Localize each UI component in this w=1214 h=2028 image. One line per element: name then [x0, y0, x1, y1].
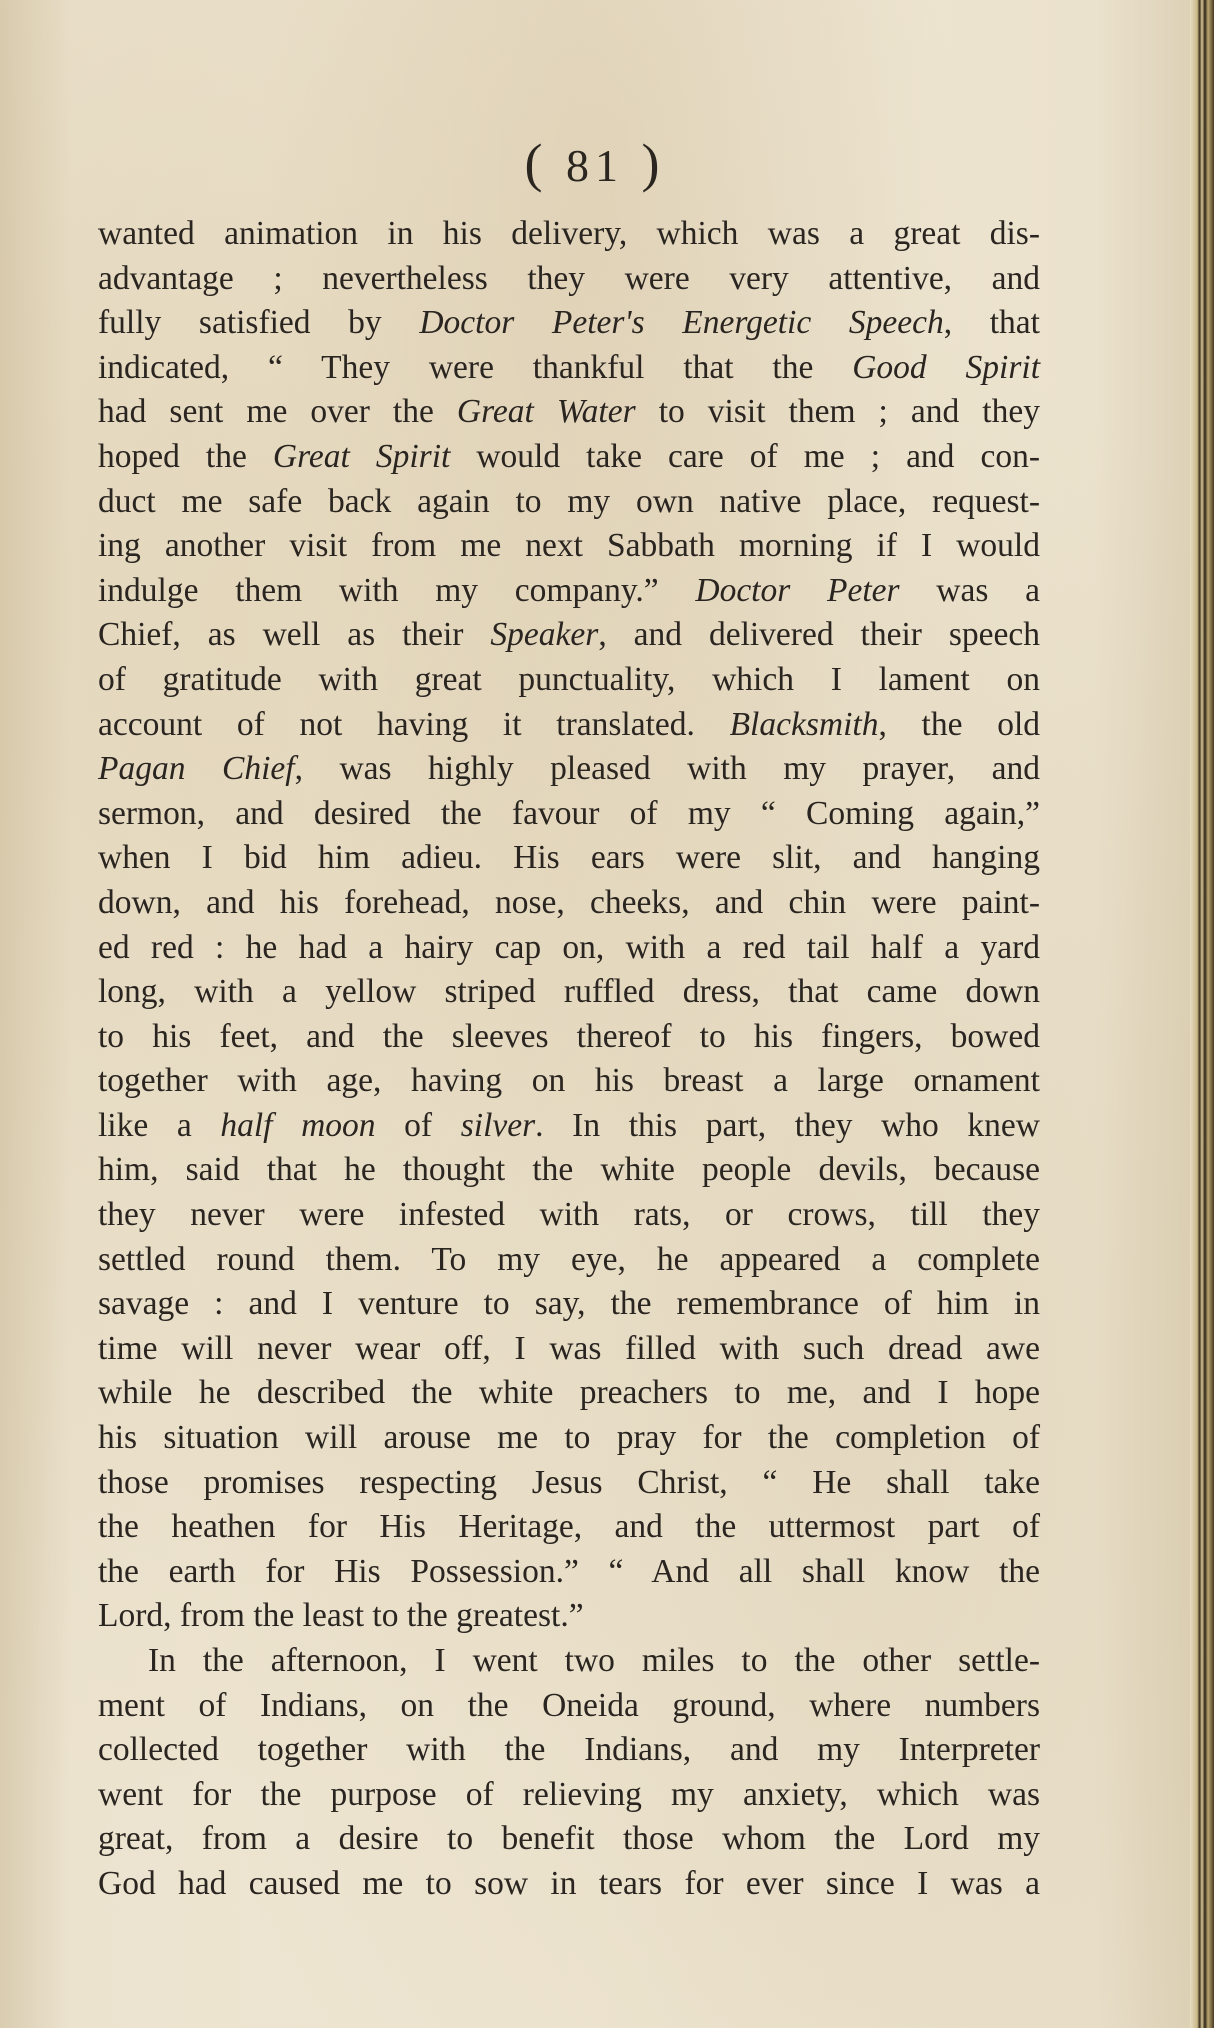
text-segment: , the old [878, 706, 1040, 743]
text-line: long, with a yellow striped ruffled dres… [98, 970, 1040, 1015]
text-line: went for the purpose of relieving my anx… [98, 1773, 1040, 1818]
text-line: settled round them. To my eye, he appear… [98, 1238, 1040, 1283]
text-line: to his feet, and the sleeves thereof to … [98, 1015, 1040, 1060]
text-segment: collected together with the Indians, and… [98, 1731, 1040, 1768]
text-segment: had sent me over the [98, 393, 457, 430]
text-line: hoped the Great Spirit would take care o… [98, 435, 1040, 480]
page-number-close-paren: ) [642, 133, 666, 193]
text-segment: went for the purpose of relieving my anx… [98, 1776, 1040, 1813]
page-body-text: wanted animation in his delivery, which … [98, 212, 1040, 1907]
text-line: ing another visit from me next Sabbath m… [98, 524, 1040, 569]
text-segment: was a [900, 572, 1040, 609]
text-segment: his situation will arouse me to pray for… [98, 1419, 1040, 1456]
book-page: ( 81 ) wanted animation in his delivery,… [0, 0, 1190, 2028]
text-line: savage : and I venture to say, the remem… [98, 1282, 1040, 1327]
text-segment: to visit them ; and they [636, 393, 1040, 430]
text-line: together with age, having on his breast … [98, 1059, 1040, 1104]
text-segment: . In this part, they who knew [535, 1107, 1040, 1144]
italic-phrase: Pagan Chief [98, 750, 295, 787]
text-line: of gratitude with great punctuality, whi… [98, 658, 1040, 703]
text-line: ment of Indians, on the Oneida ground, w… [98, 1684, 1040, 1729]
text-line: like a half moon of silver. In this part… [98, 1104, 1040, 1149]
text-line: his situation will arouse me to pray for… [98, 1416, 1040, 1461]
paragraph-start-line: In the afternoon, I went two miles to th… [98, 1639, 1040, 1684]
text-segment: great, from a desire to benefit those wh… [98, 1820, 1040, 1857]
text-line: had sent me over the Great Water to visi… [98, 390, 1040, 435]
text-line: indicated, “ They were thankful that the… [98, 346, 1040, 391]
text-segment: , and delivered their speech [598, 616, 1040, 653]
text-line: fully satisfied by Doctor Peter's Energe… [98, 301, 1040, 346]
text-segment: while he described the white preachers t… [98, 1374, 1040, 1411]
text-segment: savage : and I venture to say, the remem… [98, 1285, 1040, 1322]
text-segment: settled round them. To my eye, he appear… [98, 1241, 1040, 1278]
text-line: down, and his forehead, nose, cheeks, an… [98, 881, 1040, 926]
page-number-header: ( 81 ) [0, 132, 1190, 194]
text-line: great, from a desire to benefit those wh… [98, 1817, 1040, 1862]
italic-phrase: Great Spirit [273, 438, 450, 475]
text-segment: indicated, “ They were thankful that the [98, 349, 852, 386]
text-segment: like a [98, 1107, 220, 1144]
text-line: the heathen for His Heritage, and the ut… [98, 1505, 1040, 1550]
text-segment: the earth for His Possession.” “ And all… [98, 1553, 1040, 1590]
text-segment: time will never wear off, I was filled w… [98, 1330, 1040, 1367]
text-segment: they never were infested with rats, or c… [98, 1196, 1040, 1233]
text-line: Lord, from the least to the greatest.” [98, 1594, 1040, 1639]
text-segment: , was highly pleased with my prayer, and [295, 750, 1040, 787]
italic-phrase: Speaker [490, 616, 598, 653]
text-segment: together with age, having on his breast … [98, 1062, 1040, 1099]
text-segment: hoped the [98, 438, 273, 475]
text-line: indulge them with my company.” Doctor Pe… [98, 569, 1040, 614]
text-segment: In the afternoon, I went two miles to th… [148, 1642, 1040, 1679]
text-segment: ment of Indians, on the Oneida ground, w… [98, 1687, 1040, 1724]
text-line: him, said that he thought the white peop… [98, 1148, 1040, 1193]
text-segment: him, said that he thought the white peop… [98, 1151, 1040, 1188]
text-segment: wanted animation in his delivery, which … [98, 215, 1040, 252]
text-segment: ed red : he had a hairy cap on, with a r… [98, 929, 1040, 966]
text-line: while he described the white preachers t… [98, 1371, 1040, 1416]
text-line: Chief, as well as their Speaker, and del… [98, 613, 1040, 658]
text-segment: God had caused me to sow in tears for ev… [98, 1865, 1040, 1902]
text-segment: those promises respecting Jesus Christ, … [98, 1464, 1040, 1501]
italic-phrase: half moon [220, 1107, 375, 1144]
text-line: wanted animation in his delivery, which … [98, 212, 1040, 257]
text-segment: duct me safe back again to my own native… [98, 483, 1040, 520]
text-segment: , that [944, 304, 1040, 341]
text-segment: ing another visit from me next Sabbath m… [98, 527, 1040, 564]
italic-phrase: Doctor Peter's Energetic Speech [419, 304, 943, 341]
text-line: they never were infested with rats, or c… [98, 1193, 1040, 1238]
text-line: collected together with the Indians, and… [98, 1728, 1040, 1773]
text-segment: fully satisfied by [98, 304, 419, 341]
page-number-open-paren: ( [525, 133, 549, 193]
text-segment: indulge them with my company.” [98, 572, 695, 609]
text-line: the earth for His Possession.” “ And all… [98, 1550, 1040, 1595]
text-line: when I bid him adieu. His ears were slit… [98, 836, 1040, 881]
text-line: account of not having it translated. Bla… [98, 703, 1040, 748]
italic-phrase: Blacksmith [730, 706, 879, 743]
text-line: advantage ; nevertheless they were very … [98, 257, 1040, 302]
text-segment: of [376, 1107, 461, 1144]
text-segment: of gratitude with great punctuality, whi… [98, 661, 1040, 698]
text-segment: to his feet, and the sleeves thereof to … [98, 1018, 1040, 1055]
text-line: Pagan Chief, was highly pleased with my … [98, 747, 1040, 792]
text-line: those promises respecting Jesus Christ, … [98, 1461, 1040, 1506]
text-segment: when I bid him adieu. His ears were slit… [98, 839, 1040, 876]
text-line: God had caused me to sow in tears for ev… [98, 1862, 1040, 1907]
text-line: time will never wear off, I was filled w… [98, 1327, 1040, 1372]
italic-phrase: silver [461, 1107, 535, 1144]
text-segment: the heathen for His Heritage, and the ut… [98, 1508, 1040, 1545]
text-segment: would take care of me ; and con- [450, 438, 1040, 475]
text-segment: long, with a yellow striped ruffled dres… [98, 973, 1040, 1010]
italic-phrase: Doctor Peter [695, 572, 899, 609]
text-line: duct me safe back again to my own native… [98, 480, 1040, 525]
italic-phrase: Great Water [457, 393, 636, 430]
text-segment: account of not having it translated. [98, 706, 730, 743]
text-segment: advantage ; nevertheless they were very … [98, 260, 1040, 297]
text-segment: down, and his forehead, nose, cheeks, an… [98, 884, 1040, 921]
text-segment: Chief, as well as their [98, 616, 490, 653]
text-line: ed red : he had a hairy cap on, with a r… [98, 926, 1040, 971]
text-segment: Lord, from the least to the greatest.” [98, 1597, 584, 1634]
page-binding-edge [1190, 0, 1214, 2028]
italic-phrase: Good Spirit [852, 349, 1040, 386]
page-number: 81 [566, 140, 624, 191]
text-segment: sermon, and desired the favour of my “ C… [98, 795, 1040, 832]
text-line: sermon, and desired the favour of my “ C… [98, 792, 1040, 837]
